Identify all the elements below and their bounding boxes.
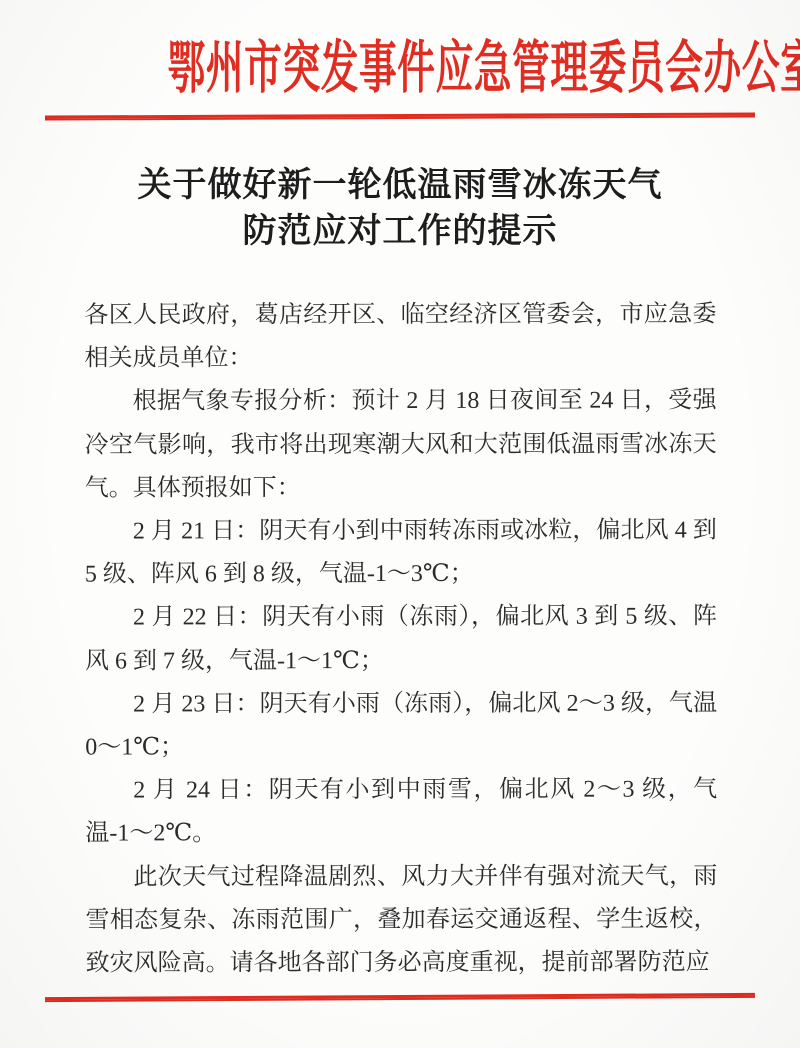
body-paragraph: 2 月 23 日：阴天有小雨（冻雨），偏北风 2～3 级，气温 0～1℃； [85, 682, 717, 770]
issuing-organization-name: 鄂州市突发事件应急管理委员会办公室 [168, 22, 800, 104]
footer-separator-rule [45, 993, 755, 1002]
document-title-line1: 关于做好新一轮低温雨雪冰冻天气 [0, 163, 800, 209]
body-paragraph: 2 月 24 日：阴天有小到中雨雪，偏北风 2～3 级，气温-1～2℃。 [85, 769, 717, 857]
document-letterhead: 鄂州市突发事件应急管理委员会办公室 [0, 22, 800, 104]
body-paragraph: 此次天气过程降温剧烈、风力大并伴有强对流天气，雨雪相态复杂、冻雨范围广，叠加春运… [85, 855, 717, 986]
header-separator-rule [45, 112, 755, 120]
document-title-line2: 防范应对工作的提示 [0, 209, 800, 255]
body-paragraph: 各区人民政府，葛店经开区、临空经济区管委会，市应急委相关成员单位： [84, 293, 716, 381]
body-paragraph: 2 月 22 日：阴天有小雨（冻雨），偏北风 3 到 5 级、阵风 6 到 7 … [85, 596, 717, 684]
body-paragraph: 2 月 21 日：阴天有小到中雨转冻雨或冰粒，偏北风 4 到 5 级、阵风 6 … [85, 509, 717, 597]
document-page: 鄂州市突发事件应急管理委员会办公室 关于做好新一轮低温雨雪冰冻天气 防范应对工作… [0, 0, 800, 1048]
body-paragraph: 根据气象专报分析：预计 2 月 18 日夜间至 24 日，受强冷空气影响，我市将… [85, 380, 717, 511]
document-body: 各区人民政府，葛店经开区、临空经济区管委会，市应急委相关成员单位：根据气象专报分… [84, 293, 717, 985]
document-title: 关于做好新一轮低温雨雪冰冻天气 防范应对工作的提示 [0, 163, 800, 255]
